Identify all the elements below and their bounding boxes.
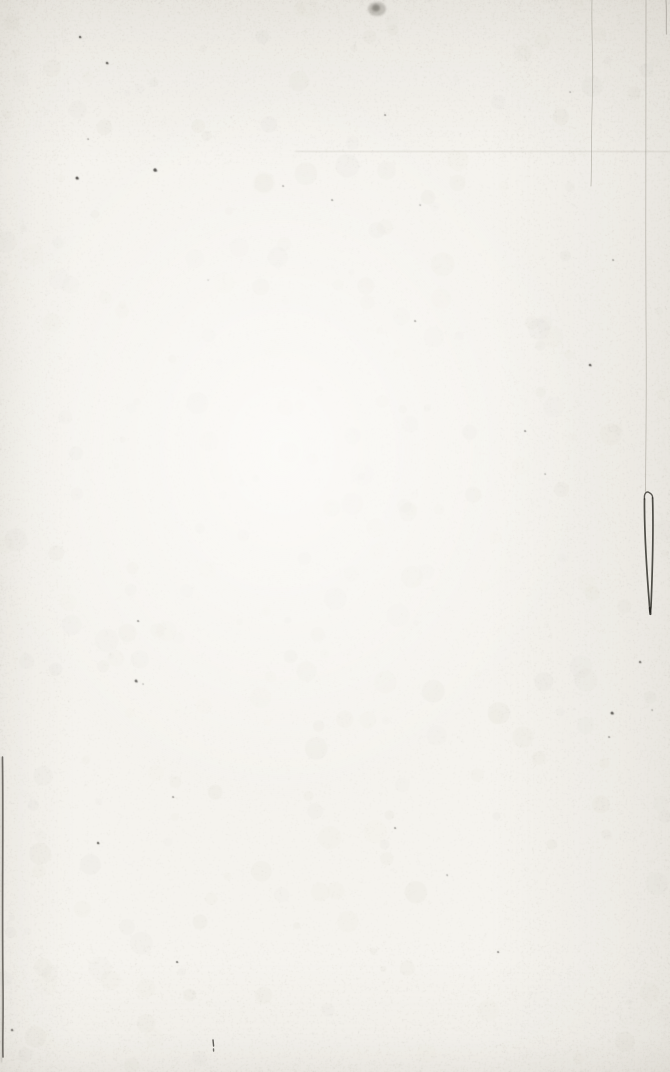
needle-fold-mark-left-stroke — [644, 499, 650, 612]
needle-fold-mark-right-stroke — [650, 498, 653, 612]
needle-fold-mark-top-hook — [644, 492, 652, 499]
scan-marks-overlay — [0, 0, 670, 1072]
left-edge-shading — [0, 0, 670, 1072]
paper-center-highlight — [0, 0, 670, 1072]
right-edge-shading — [0, 0, 670, 1072]
right-edge-crease — [646, 0, 647, 492]
left-edge-binding-line — [3, 757, 4, 1057]
scanned-page — [0, 0, 670, 1072]
bottom-edge-shading — [0, 0, 670, 1072]
horizontal-crease — [296, 151, 670, 152]
top-edge-shading — [0, 0, 670, 1072]
paper-grain-texture — [0, 0, 670, 1072]
top-crease-vertical — [591, 0, 593, 186]
needle-fold-mark-tip — [650, 608, 651, 614]
top-edge-smudge — [368, 2, 386, 16]
bottom-exclamation-speck-bar — [213, 1040, 214, 1046]
far-right-edge-streak — [666, 0, 667, 34]
left-edge-binding-shadow — [1, 760, 2, 1060]
top-edge-smudge-core — [372, 5, 380, 12]
